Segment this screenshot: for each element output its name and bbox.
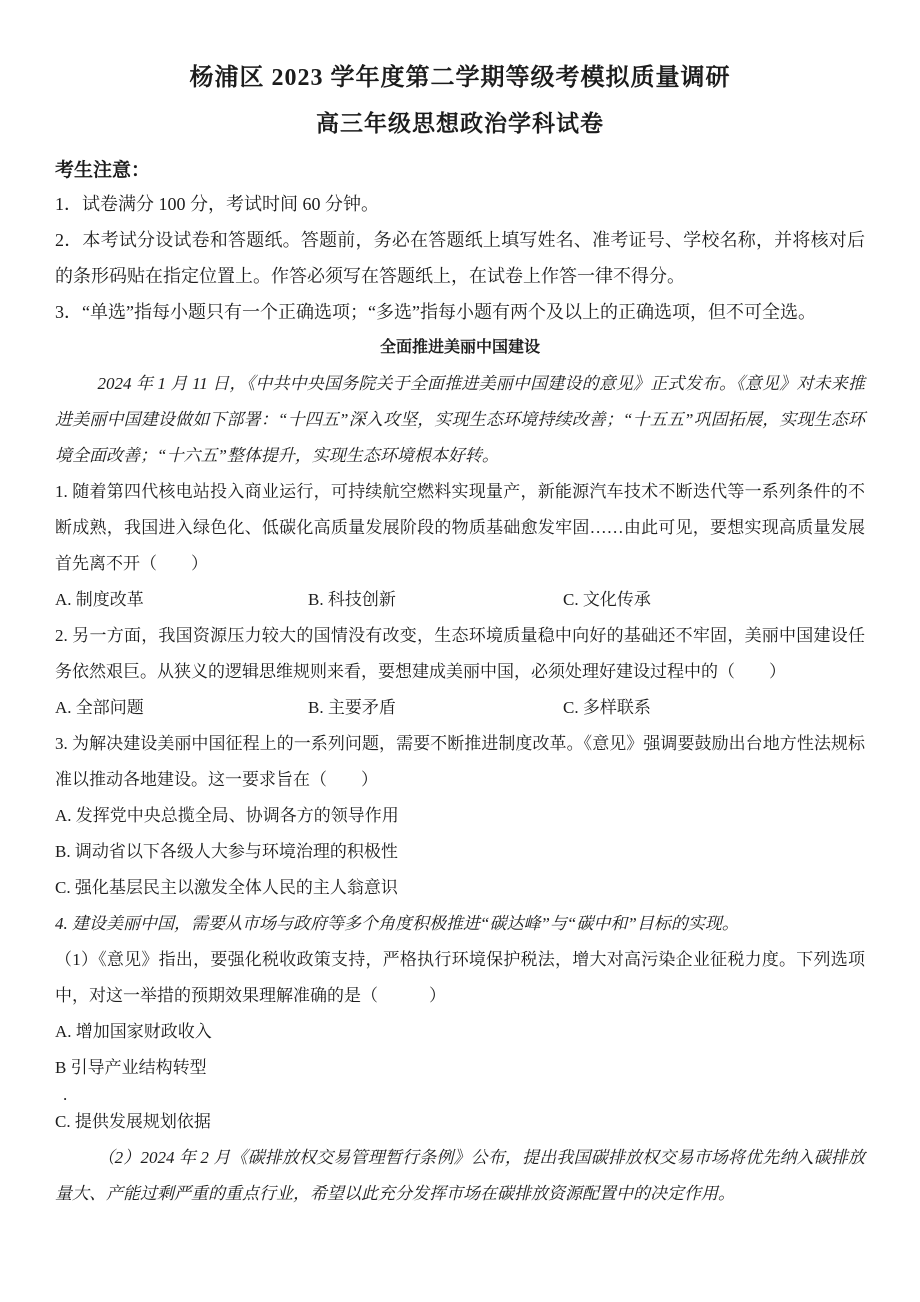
question-4-sub2-text: （2）2024 年 2 月《碳排放权交易管理暂行条例》公布，提出我国碳排放权交易…	[55, 1140, 865, 1212]
question-2-option-a: A. 全部问题	[55, 690, 308, 726]
question-4-sub1-option-a: A. 增加国家财政收入	[55, 1014, 865, 1050]
page-title: 杨浦区 2023 学年度第二学期等级考模拟质量调研	[55, 62, 865, 94]
stray-period-mark: .	[63, 1086, 865, 1104]
question-1-text: 1. 随着第四代核电站投入商业运行，可持续航空燃料实现量产，新能源汽车技术不断迭…	[55, 474, 865, 582]
question-3-text: 3. 为解决建设美丽中国征程上的一系列问题，需要不断推进制度改革。《意见》强调要…	[55, 726, 865, 798]
notice-item-3: 3．“单选”指每小题只有一个正确选项；“多选”指每小题有两个及以上的正确选项，但…	[55, 294, 865, 330]
notice-heading: 考生注意：	[55, 156, 865, 186]
question-1-options: A. 制度改革 B. 科技创新 C. 文化传承	[55, 582, 865, 618]
question-2-option-b: B. 主要矛盾	[308, 690, 563, 726]
question-4-sub1-option-c: C. 提供发展规划依据	[55, 1104, 865, 1140]
question-2-options: A. 全部问题 B. 主要矛盾 C. 多样联系	[55, 690, 865, 726]
notice-item-2: 2．本考试分设试卷和答题纸。答题前，务必在答题纸上填写姓名、准考证号、学校名称，…	[55, 222, 865, 294]
section-intro-paragraph: 2024 年 1 月 11 日，《中共中央国务院关于全面推进美丽中国建设的意见》…	[55, 366, 865, 474]
section-heading: 全面推进美丽中国建设	[55, 330, 865, 366]
question-4-sub1-text: （1）《意见》指出，要强化税收政策支持，严格执行环境保护税法，增大对高污染企业征…	[55, 942, 865, 1014]
question-3-option-a: A. 发挥党中央总揽全局、协调各方的领导作用	[55, 798, 865, 834]
question-4-text: 4. 建设美丽中国，需要从市场与政府等多个角度积极推进“碳达峰”与“碳中和”目标…	[55, 906, 865, 942]
notice-item-1: 1．试卷满分 100 分，考试时间 60 分钟。	[55, 186, 865, 222]
page-subtitle: 高三年级思想政治学科试卷	[55, 108, 865, 140]
question-2-text: 2. 另一方面，我国资源压力较大的国情没有改变，生态环境质量稳中向好的基础还不牢…	[55, 618, 865, 690]
exam-paper-page: 杨浦区 2023 学年度第二学期等级考模拟质量调研 高三年级思想政治学科试卷 考…	[0, 0, 920, 1302]
question-1-option-a: A. 制度改革	[55, 582, 308, 618]
question-1-option-c: C. 文化传承	[563, 582, 865, 618]
question-4-sub1-option-b: B 引导产业结构转型	[55, 1050, 865, 1086]
question-1-option-b: B. 科技创新	[308, 582, 563, 618]
question-2-option-c: C. 多样联系	[563, 690, 865, 726]
question-3-option-c: C. 强化基层民主以激发全体人民的主人翁意识	[55, 870, 865, 906]
question-3-option-b: B. 调动省以下各级人大参与环境治理的积极性	[55, 834, 865, 870]
